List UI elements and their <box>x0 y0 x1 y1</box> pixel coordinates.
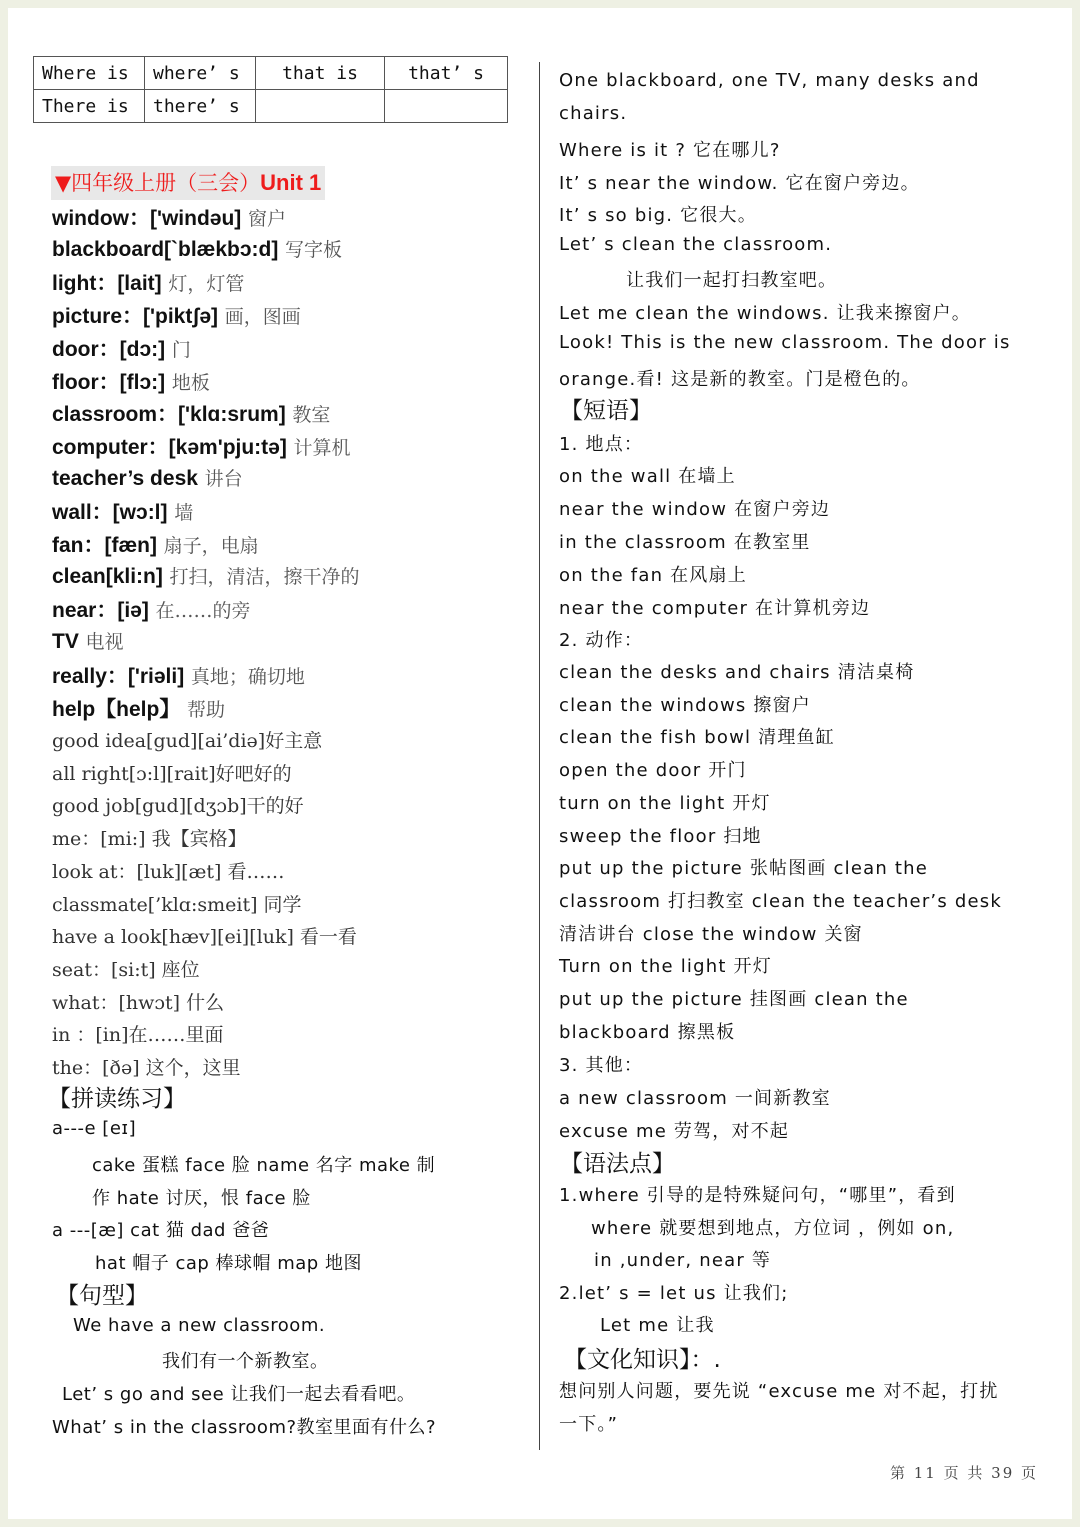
spelling-line: a ---[æ] cat 猫 dad 爸爸 <box>52 1216 269 1242</box>
phrases-heading: 【短语】 <box>560 392 652 425</box>
vocabulary-meaning: 窗户 <box>248 208 286 230</box>
phrase-item: a new classroom 一间新教室 <box>559 1084 831 1110</box>
phrase-item: look at：[luk][æt] 看…… <box>52 857 284 884</box>
vocabulary-item: really：['riəli] 真地；确切地 <box>52 660 305 690</box>
table-row: Where is where’ s that is that’ s <box>34 57 508 90</box>
phrase-item: excuse me 劳驾，对不起 <box>559 1117 789 1143</box>
vocabulary-meaning: 教室 <box>292 404 330 426</box>
phrase-item: good idea[gud][ai’diə]好主意 <box>52 726 322 753</box>
vocabulary-word: wall：[wɔ:l] <box>52 501 168 524</box>
phrase-item: clean the windows 擦窗户 <box>559 691 811 717</box>
sentence-line: Where is it ? 它在哪儿? <box>559 136 781 162</box>
vocabulary-word: door：[dɔ:] <box>52 338 165 361</box>
vocabulary-meaning: 灯，灯管 <box>168 273 244 295</box>
phrase-item: good job[gud][dʒɔb]干的好 <box>52 791 304 818</box>
vocabulary-meaning: 写字板 <box>285 239 342 261</box>
table-cell: Where is <box>34 57 145 90</box>
vocabulary-item: help【help】 帮助 <box>52 693 225 723</box>
table-cell: there’ s <box>145 90 256 123</box>
sentence-line: orange.看! 这是新的教室。门是橙色的。 <box>559 365 921 391</box>
spelling-line: a---e [eɪ] <box>52 1118 136 1139</box>
phrase-item: blackboard 擦黑板 <box>559 1018 735 1044</box>
spelling-line: 作 hate 讨厌，恨 face 脸 <box>92 1184 311 1210</box>
table-row: There is there’ s <box>34 90 508 123</box>
vocabulary-meaning: 真地；确切地 <box>191 666 305 688</box>
contraction-table: Where is where’ s that is that’ s There … <box>33 56 508 123</box>
vocabulary-item: light：[lait] 灯，灯管 <box>52 267 244 297</box>
vocabulary-item: near：[iə] 在……的旁 <box>52 594 251 624</box>
culture-line: 一下。” <box>559 1410 618 1436</box>
phrase-item: what：[hwɔt] 什么 <box>52 988 224 1015</box>
grammar-line: in ,under, near 等 <box>594 1246 771 1272</box>
vocabulary-word: help【help】 <box>52 698 180 721</box>
phrase-item: in ：[in]在……里面 <box>52 1020 224 1047</box>
vocabulary-meaning: 电视 <box>86 631 124 653</box>
phrase-item: open the door 开门 <box>559 756 747 782</box>
table-cell: that’ s <box>385 57 508 90</box>
phrase-item: clean the fish bowl 清理鱼缸 <box>559 723 835 749</box>
vocabulary-word: fan：[fæn] <box>52 534 157 557</box>
vocabulary-word: blackboard[`blækbɔ:d] <box>52 238 278 261</box>
vocabulary-word: near：[iə] <box>52 599 149 622</box>
phrase-item: classroom 打扫教室 clean the teacher’s desk <box>559 887 1002 913</box>
others-label: 3. 其他： <box>559 1051 643 1077</box>
table-cell: There is <box>34 90 145 123</box>
phrase-item: turn on the light 开灯 <box>559 789 771 815</box>
vocabulary-meaning: 打扫，清洁，擦干净的 <box>170 566 360 588</box>
culture-heading: 【文化知识】：. <box>564 1341 721 1374</box>
page-number: 第 11 页 共 39 页 <box>890 1462 1038 1483</box>
sentence-line: chairs. <box>559 103 627 124</box>
vocabulary-meaning: 帮助 <box>187 699 225 721</box>
vocabulary-meaning: 讲台 <box>205 468 243 490</box>
sentence-line: 我们有一个新教室。 <box>162 1347 329 1373</box>
actions-label: 2. 动作： <box>559 626 643 652</box>
table-cell <box>256 90 385 123</box>
grammar-line: where 就要想到地点，方位词 ，例如 on, <box>591 1214 954 1240</box>
vocabulary-item: fan：[fæn] 扇子，电扇 <box>52 529 259 559</box>
vocabulary-meaning: 墙 <box>174 502 193 524</box>
sentence-line: Let me clean the windows. 让我来擦窗户。 <box>559 299 971 325</box>
vocabulary-word: computer：[kəm'pju:tə] <box>52 436 287 459</box>
grammar-heading: 【语法点】 <box>560 1145 675 1178</box>
table-cell <box>385 90 508 123</box>
unit-title-chinese: 四年级上册（三会） <box>71 171 260 195</box>
vocabulary-meaning: 画，图画 <box>225 306 301 328</box>
vocabulary-word: classroom：['klɑ:srum] <box>52 403 286 426</box>
table-cell: that is <box>256 57 385 90</box>
sentence-line: We have a new classroom. <box>73 1315 325 1336</box>
spelling-line: hat 帽子 cap 棒球帽 map 地图 <box>95 1249 362 1275</box>
sentence-line: One blackboard, one TV, many desks and <box>559 70 980 91</box>
vocabulary-word: clean[kli:n] <box>52 565 163 588</box>
vocabulary-item: blackboard[`blækbɔ:d] 写字板 <box>52 235 342 262</box>
vocabulary-word: really：['riəli] <box>52 665 184 688</box>
sentence-line: Let’ s clean the classroom. <box>559 234 832 255</box>
phrase-item: put up the picture 挂图画 clean the <box>559 985 909 1011</box>
vocabulary-item: classroom：['klɑ:srum] 教室 <box>52 398 330 428</box>
vocabulary-item: clean[kli:n] 打扫，清洁，擦干净的 <box>52 562 360 589</box>
table-cell: where’ s <box>145 57 256 90</box>
vocabulary-item: door：[dɔ:] 门 <box>52 333 191 363</box>
phrase-item: all right[ɔ:l][rait]好吧好的 <box>52 759 292 786</box>
phrase-item: sweep the floor 扫地 <box>559 822 762 848</box>
vocabulary-item: floor：[flɔ:] 地板 <box>52 366 210 396</box>
phrase-item: the：[ðə] 这个，这里 <box>52 1053 241 1080</box>
grammar-line: 1.where 引导的是特殊疑问句，“哪里”，看到 <box>559 1181 956 1207</box>
vocabulary-word: floor：[flɔ:] <box>52 371 165 394</box>
unit-title: ▼四年级上册（三会）Unit 1 <box>51 166 325 200</box>
vocabulary-meaning: 在……的旁 <box>156 600 251 622</box>
vocabulary-word: TV <box>52 630 79 653</box>
sentence-line: It’ s near the window. 它在窗户旁边。 <box>559 169 920 195</box>
phrase-item: Turn on the light 开灯 <box>559 952 772 978</box>
phrase-item: in the classroom 在教室里 <box>559 528 811 554</box>
grammar-line: 2.let’ s = let us 让我们; <box>559 1279 788 1305</box>
phrase-item: 清洁讲台 close the window 关窗 <box>559 920 863 946</box>
phrase-item: seat：[si:t] 座位 <box>52 955 200 982</box>
phrase-item: clean the desks and chairs 清洁桌椅 <box>559 658 914 684</box>
vocabulary-meaning: 计算机 <box>294 437 351 459</box>
sentence-line: It’ s so big. 它很大。 <box>559 201 757 227</box>
vocabulary-meaning: 门 <box>172 339 191 361</box>
sentence-line: 让我们一起打扫教室吧。 <box>626 266 837 292</box>
sentence-line: Look! This is the new classroom. The doo… <box>559 332 1011 353</box>
phrase-item: have a look[hæv][ei][luk] 看一看 <box>52 922 357 949</box>
spelling-practice-heading: 【拼读练习】 <box>48 1080 186 1113</box>
vocabulary-word: teacher’s desk <box>52 467 198 490</box>
vocabulary-item: wall：[wɔ:l] 墙 <box>52 496 193 526</box>
triangle-down-icon: ▼ <box>55 171 71 195</box>
grammar-line: Let me 让我 <box>600 1311 715 1337</box>
phrase-item: near the window 在窗户旁边 <box>559 495 830 521</box>
vocabulary-item: computer：[kəm'pju:tə] 计算机 <box>52 431 351 461</box>
places-label: 1. 地点： <box>559 430 643 456</box>
vocabulary-item: TV 电视 <box>52 627 124 654</box>
phrase-item: on the fan 在风扇上 <box>559 561 747 587</box>
vocabulary-item: window：['windəu] 窗户 <box>52 202 286 232</box>
phrase-item: near the computer 在计算机旁边 <box>559 594 870 620</box>
spelling-line: cake 蛋糕 face 脸 name 名字 make 制 <box>92 1151 435 1177</box>
phrase-item: me：[mi:] 我【宾格】 <box>52 824 247 851</box>
vocabulary-word: window：['windəu] <box>52 207 241 230</box>
vocabulary-item: teacher’s desk 讲台 <box>52 464 243 491</box>
unit-title-english: Unit 1 <box>260 170 321 195</box>
column-divider <box>539 62 540 1450</box>
phrase-item: on the wall 在墙上 <box>559 462 736 488</box>
vocabulary-meaning: 扇子，电扇 <box>164 535 259 557</box>
phrase-item: classmate[’klɑ:smeit] 同学 <box>52 890 302 917</box>
vocabulary-word: picture：['piktʃə] <box>52 305 218 328</box>
culture-line: 想问别人问题，要先说 “excuse me 对不起，打扰 <box>559 1377 999 1403</box>
phrase-item: put up the picture 张帖图画 clean the <box>559 854 928 880</box>
sentence-line: What’ s in the classroom?教室里面有什么? <box>52 1413 436 1439</box>
vocabulary-meaning: 地板 <box>172 372 210 394</box>
vocabulary-word: light：[lait] <box>52 272 162 295</box>
sentence-line: Let’ s go and see 让我们一起去看看吧。 <box>62 1380 415 1406</box>
vocabulary-item: picture：['piktʃə] 画，图画 <box>52 300 301 330</box>
sentence-patterns-heading: 【句型】 <box>56 1277 148 1310</box>
